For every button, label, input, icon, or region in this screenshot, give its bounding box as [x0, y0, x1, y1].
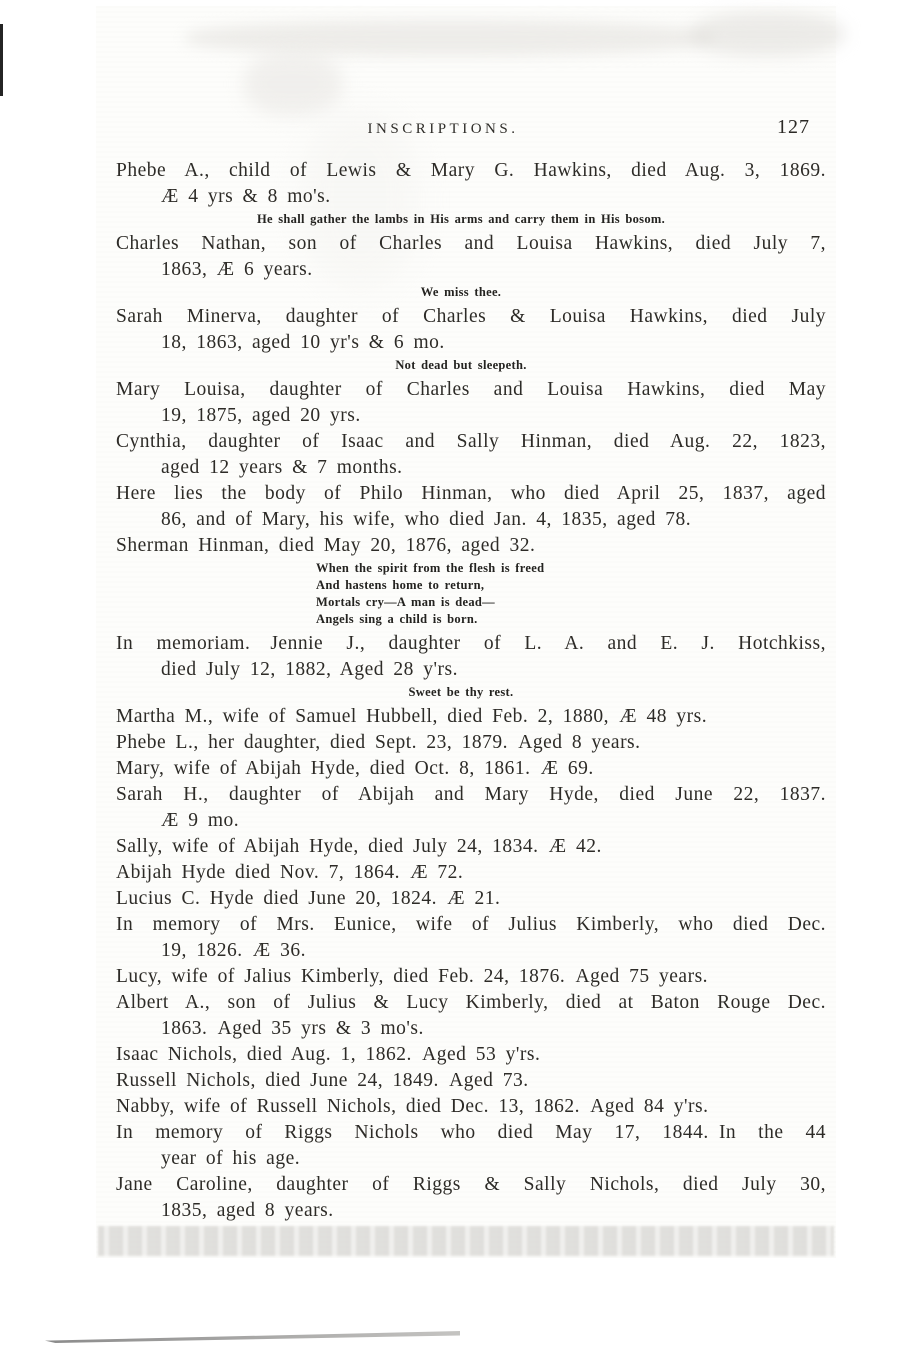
entry-line: 1863, Æ 6 years.: [116, 257, 826, 283]
entry-line: Sarah H., daughter of Abijah and Mary Hy…: [116, 782, 826, 808]
entry-line: Russell Nichols, died June 24, 1849. Age…: [116, 1068, 826, 1094]
page-number: 127: [777, 116, 810, 139]
entry-line: Æ 9 mo.: [116, 808, 826, 834]
inscription-entry: Russell Nichols, died June 24, 1849. Age…: [116, 1068, 826, 1094]
epitaph-line: We miss thee.: [106, 284, 816, 301]
inscription-entry: Mary Louisa, daughter of Charles and Lou…: [116, 377, 826, 429]
entry-line: Phebe L., her daughter, died Sept. 23, 1…: [116, 730, 826, 756]
epitaph-line: Angels sing a child is born.: [316, 611, 826, 628]
epitaph: He shall gather the lambs in His arms an…: [106, 211, 816, 228]
scan-edge-line: [0, 24, 3, 96]
entry-line: Charles Nathan, son of Charles and Louis…: [116, 231, 826, 257]
inscription-entry: Sally, wife of Abijah Hyde, died July 24…: [116, 834, 826, 860]
entry-line: Sherman Hinman, died May 20, 1876, aged …: [116, 533, 826, 559]
inscription-entry: Sherman Hinman, died May 20, 1876, aged …: [116, 533, 826, 628]
entry-line: In memoriam. Jennie J., daughter of L. A…: [116, 631, 826, 657]
page-header-title: INSCRIPTIONS.: [88, 118, 798, 138]
epitaph-line: Mortals cry—A man is dead—: [316, 594, 826, 611]
entry-line: Phebe A., child of Lewis & Mary G. Hawki…: [116, 158, 826, 184]
entry-line: Albert A., son of Julius & Lucy Kimberly…: [116, 990, 826, 1016]
inscription-entry: Lucy, wife of Jalius Kimberly, died Feb.…: [116, 964, 826, 990]
inscription-entry: Lucius C. Hyde died June 20, 1824. Æ 21.: [116, 886, 826, 912]
entries: Phebe A., child of Lewis & Mary G. Hawki…: [116, 158, 826, 1224]
inscription-entry: Mary, wife of Abijah Hyde, died Oct. 8, …: [116, 756, 826, 782]
entry-line: Here lies the body of Philo Hinman, who …: [116, 481, 826, 507]
entry-line: Isaac Nichols, died Aug. 1, 1862. Aged 5…: [116, 1042, 826, 1068]
epitaph-line: And hastens home to return,: [316, 577, 826, 594]
epitaph-line: Not dead but sleepeth.: [106, 357, 816, 374]
epitaph: We miss thee.: [106, 284, 816, 301]
entry-line: In memory of Riggs Nichols who died May …: [116, 1120, 826, 1146]
entry-line: died July 12, 1882, Aged 28 y'rs.: [116, 657, 826, 683]
epitaph: Not dead but sleepeth.: [106, 357, 816, 374]
inscription-entry: Albert A., son of Julius & Lucy Kimberly…: [116, 990, 826, 1042]
entry-line: 86, and of Mary, his wife, who died Jan.…: [116, 507, 826, 533]
inscription-entry: Phebe L., her daughter, died Sept. 23, 1…: [116, 730, 826, 756]
entry-line: Cynthia, daughter of Isaac and Sally Hin…: [116, 429, 826, 455]
entry-line: Jane Caroline, daughter of Riggs & Sally…: [116, 1172, 826, 1198]
inscription-entry: In memory of Mrs. Eunice, wife of Julius…: [116, 912, 826, 964]
entry-line: year of his age.: [116, 1146, 826, 1172]
inscription-entry: In memoriam. Jennie J., daughter of L. A…: [116, 631, 826, 701]
inscription-entry: Sarah Minerva, daughter of Charles & Lou…: [116, 304, 826, 374]
entry-line: Mary, wife of Abijah Hyde, died Oct. 8, …: [116, 756, 826, 782]
entry-line: Lucy, wife of Jalius Kimberly, died Feb.…: [116, 964, 826, 990]
inscription-entry: Here lies the body of Philo Hinman, who …: [116, 481, 826, 533]
entry-line: Lucius C. Hyde died June 20, 1824. Æ 21.: [116, 886, 826, 912]
inscription-entry: Isaac Nichols, died Aug. 1, 1862. Aged 5…: [116, 1042, 826, 1068]
epitaph: Sweet be thy rest.: [106, 684, 816, 701]
inscription-entry: Jane Caroline, daughter of Riggs & Sally…: [116, 1172, 826, 1224]
scan-edge-band: [98, 1226, 834, 1256]
text-column: INSCRIPTIONS. 127 Phebe A., child of Lew…: [116, 118, 826, 1224]
scanned-book-page: INSCRIPTIONS. 127 Phebe A., child of Lew…: [0, 0, 900, 1348]
inscription-entry: Charles Nathan, son of Charles and Louis…: [116, 231, 826, 301]
entry-line: In memory of Mrs. Eunice, wife of Julius…: [116, 912, 826, 938]
entry-line: Nabby, wife of Russell Nichols, died Dec…: [116, 1094, 826, 1120]
entry-line: Abijah Hyde died Nov. 7, 1864. Æ 72.: [116, 860, 826, 886]
epitaph-line: When the spirit from the flesh is freed: [316, 560, 826, 577]
entry-line: Æ 4 yrs & 8 mo's.: [116, 184, 826, 210]
inscription-entry: In memory of Riggs Nichols who died May …: [116, 1120, 826, 1172]
inscription-entry: Nabby, wife of Russell Nichols, died Dec…: [116, 1094, 826, 1120]
epitaph: When the spirit from the flesh is freedA…: [116, 560, 826, 628]
page-header: INSCRIPTIONS. 127: [116, 118, 826, 142]
inscription-entry: Phebe A., child of Lewis & Mary G. Hawki…: [116, 158, 826, 228]
entry-line: 1835, aged 8 years.: [116, 1198, 826, 1224]
inscription-entry: Cynthia, daughter of Isaac and Sally Hin…: [116, 429, 826, 481]
epitaph-line: Sweet be thy rest.: [106, 684, 816, 701]
inscription-entry: Sarah H., daughter of Abijah and Mary Hy…: [116, 782, 826, 834]
entry-line: 18, 1863, aged 10 yr's & 6 mo.: [116, 330, 826, 356]
epitaph-line: He shall gather the lambs in His arms an…: [106, 211, 816, 228]
entry-line: Sally, wife of Abijah Hyde, died July 24…: [116, 834, 826, 860]
entry-line: Martha M., wife of Samuel Hubbell, died …: [116, 704, 826, 730]
inscription-entry: Abijah Hyde died Nov. 7, 1864. Æ 72.: [116, 860, 826, 886]
inscription-entry: Martha M., wife of Samuel Hubbell, died …: [116, 704, 826, 730]
entry-line: Sarah Minerva, daughter of Charles & Lou…: [116, 304, 826, 330]
scan-wedge-mark: [45, 1330, 460, 1343]
entry-line: aged 12 years & 7 months.: [116, 455, 826, 481]
entry-line: Mary Louisa, daughter of Charles and Lou…: [116, 377, 826, 403]
entry-line: 19, 1875, aged 20 yrs.: [116, 403, 826, 429]
entry-line: 19, 1826. Æ 36.: [116, 938, 826, 964]
entry-line: 1863. Aged 35 yrs & 3 mo's.: [116, 1016, 826, 1042]
